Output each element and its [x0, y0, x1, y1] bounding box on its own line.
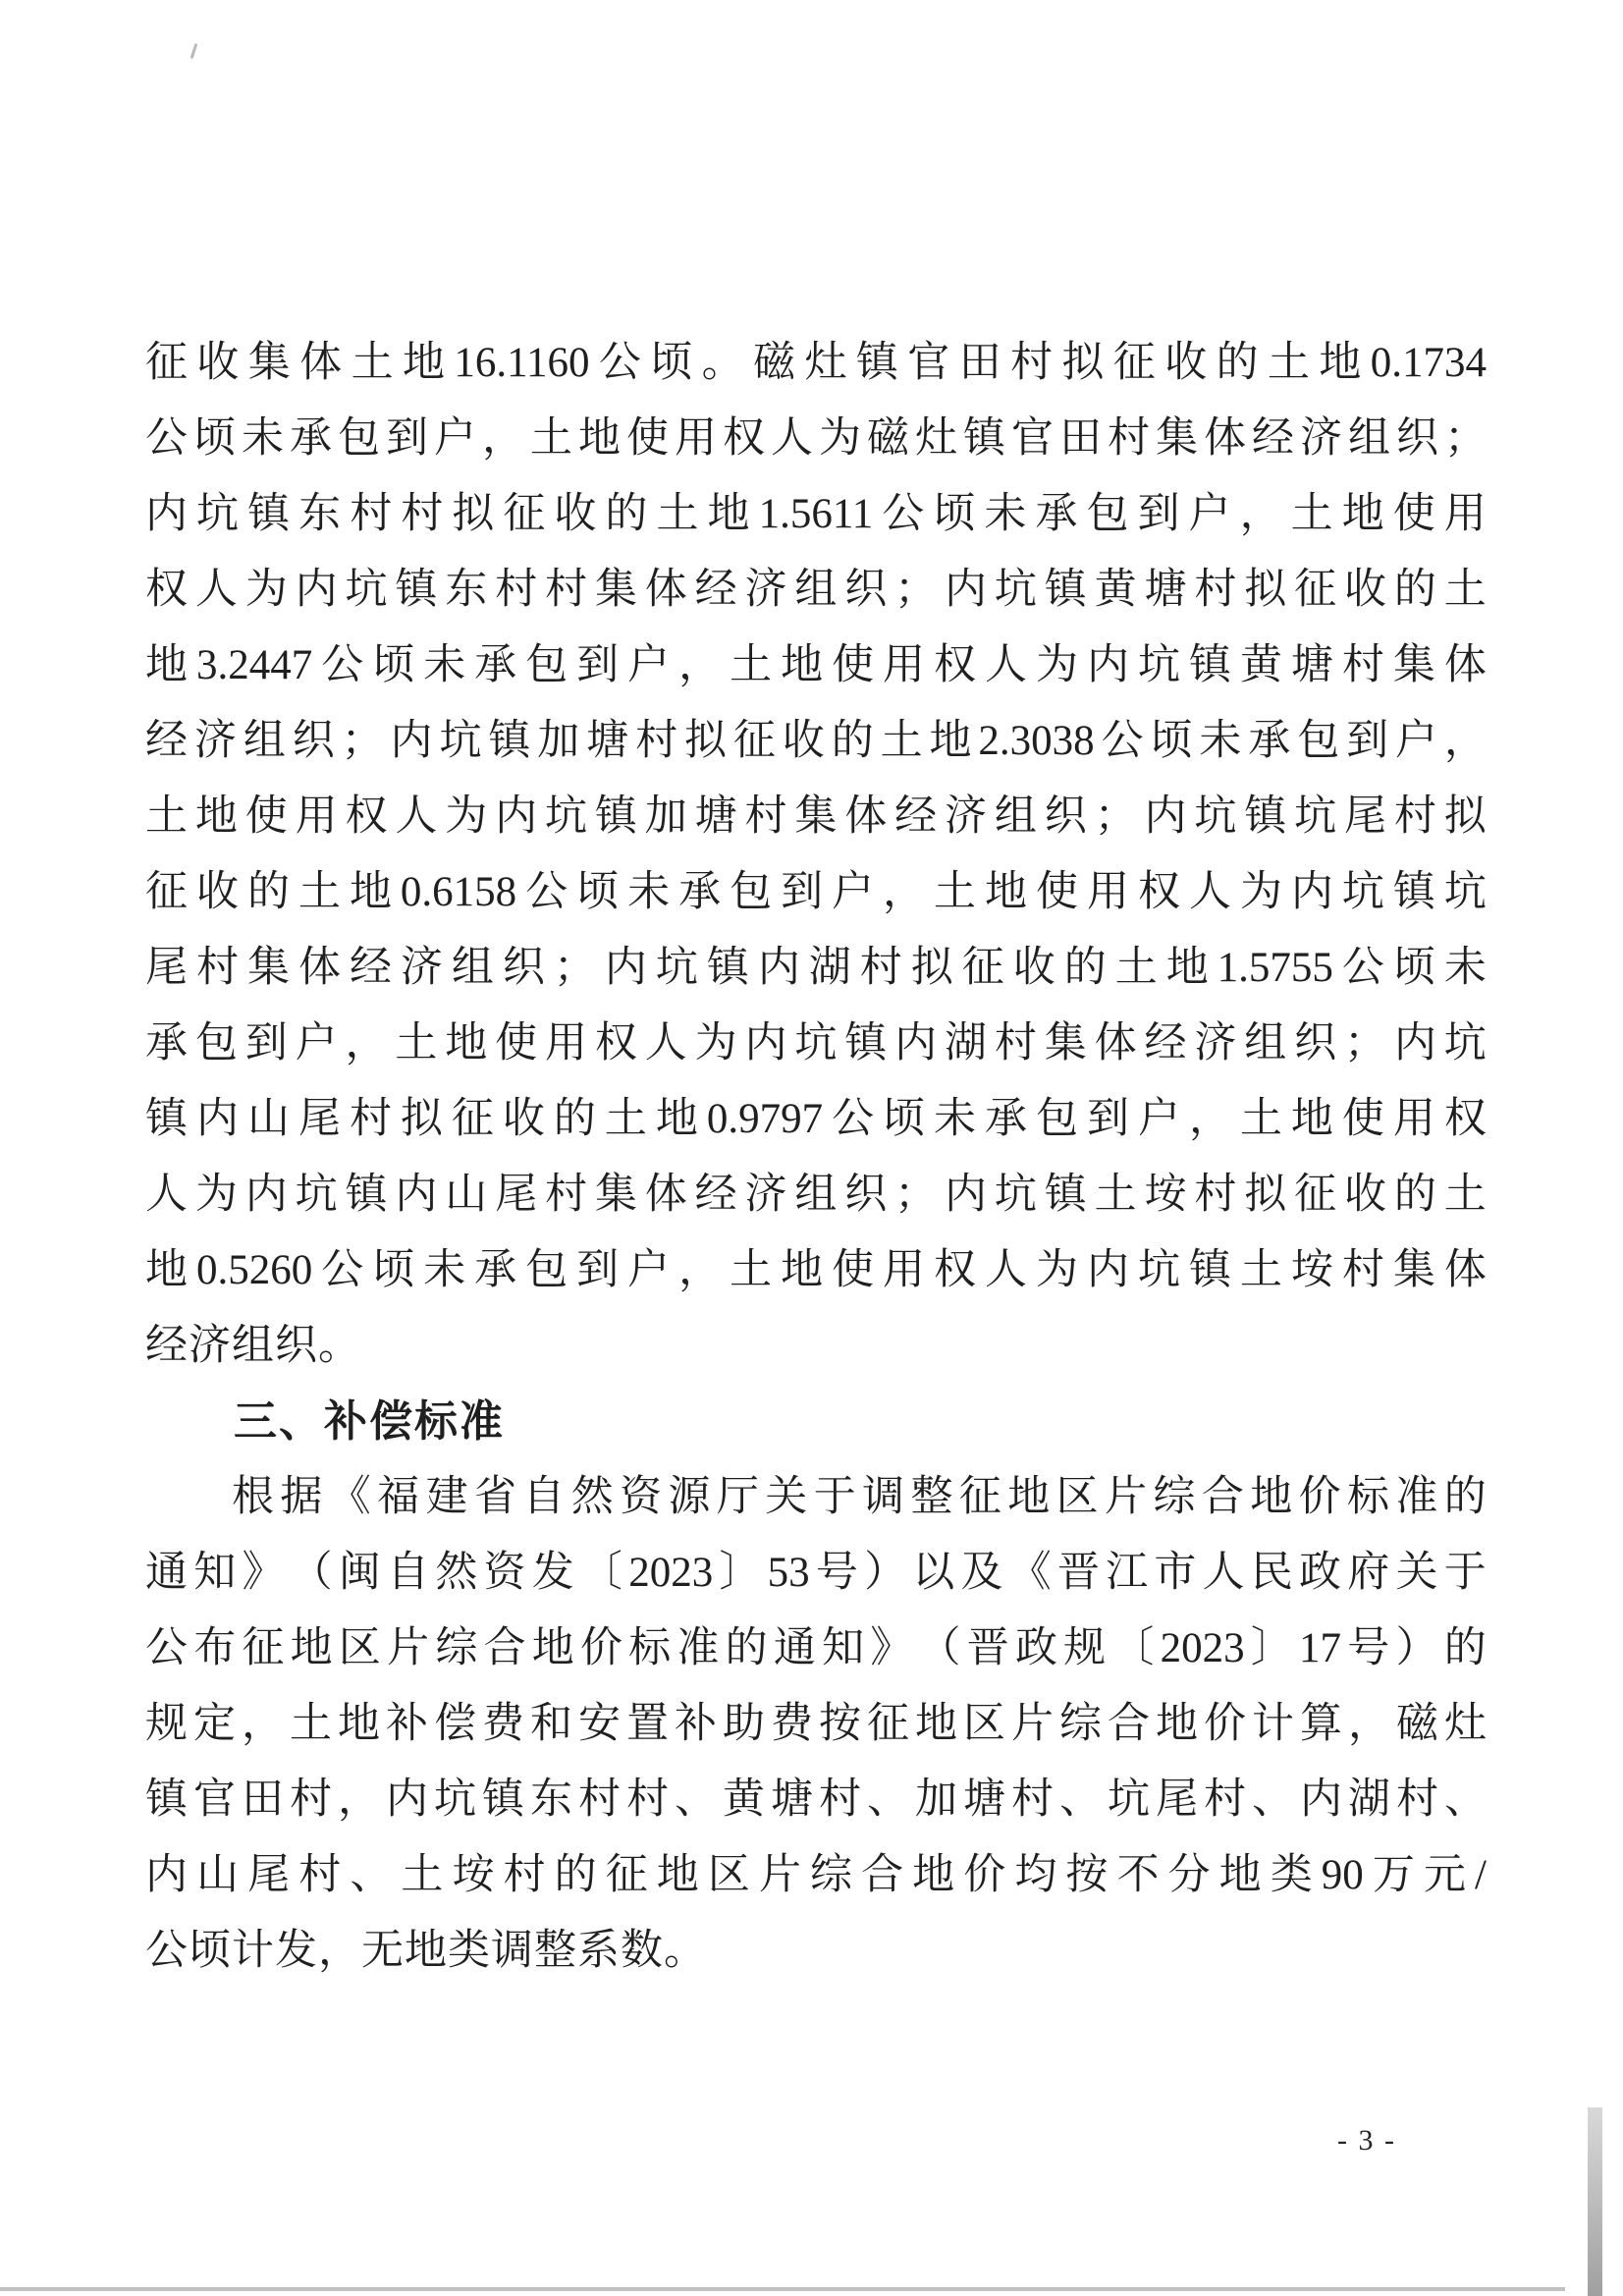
compensation-paragraph: 根据《福建省自然资源厅关于调整征地区片综合地价标准的通知》（闽自然资发〔2023… [145, 1459, 1487, 1989]
text-line: 规定，土地补偿费和安置补助费按征地区片综合地价计算，磁灶 [145, 1686, 1487, 1762]
scan-edge-streak [1588, 2107, 1602, 2296]
page-number: - 3 - [1337, 2124, 1396, 2158]
scan-bottom-edge [0, 2287, 1565, 2291]
document-text: 征收集体土地16.1160公顷。磁灶镇官田村拟征收的土地0.1734公顷未承包到… [145, 325, 1487, 1989]
scan-speck [190, 43, 198, 59]
text-line: 公顷计发，无地类调整系数。 [145, 1913, 1487, 1989]
document-page: 征收集体土地16.1160公顷。磁灶镇官田村拟征收的土地0.1734公顷未承包到… [0, 0, 1623, 2296]
text-line: 人为内坑镇内山尾村集体经济组织；内坑镇土垵村拟征收的土 [145, 1157, 1487, 1232]
text-line: 镇内山尾村拟征收的土地0.9797公顷未承包到户，土地使用权 [145, 1081, 1487, 1157]
body-paragraph: 征收集体土地16.1160公顷。磁灶镇官田村拟征收的土地0.1734公顷未承包到… [145, 325, 1487, 1384]
text-line: 经济组织；内坑镇加塘村拟征收的土地2.3038公顷未承包到户， [145, 703, 1487, 779]
text-line: 根据《福建省自然资源厅关于调整征地区片综合地价标准的 [145, 1459, 1487, 1535]
text-line: 公布征地区片综合地价标准的通知》（晋政规〔2023〕17号）的 [145, 1611, 1487, 1686]
text-line: 征收集体土地16.1160公顷。磁灶镇官田村拟征收的土地0.1734 [145, 325, 1487, 401]
text-line: 尾村集体经济组织；内坑镇内湖村拟征收的土地1.5755公顷未 [145, 930, 1487, 1006]
section-heading: 三、补偿标准 [145, 1384, 1487, 1459]
text-line: 内坑镇东村村拟征收的土地1.5611公顷未承包到户，土地使用 [145, 476, 1487, 552]
text-line: 公顷未承包到户，土地使用权人为磁灶镇官田村集体经济组织； [145, 401, 1487, 476]
text-line: 征收的土地0.6158公顷未承包到户，土地使用权人为内坑镇坑 [145, 854, 1487, 930]
text-line: 镇官田村，内坑镇东村村、黄塘村、加塘村、坑尾村、内湖村、 [145, 1762, 1487, 1837]
text-line: 内山尾村、土垵村的征地区片综合地价均按不分地类90万元/ [145, 1837, 1487, 1913]
text-line: 权人为内坑镇东村村集体经济组织；内坑镇黄塘村拟征收的土 [145, 552, 1487, 628]
text-line: 经济组织。 [145, 1308, 1487, 1384]
text-line: 通知》（闽自然资发〔2023〕53号）以及《晋江市人民政府关于 [145, 1535, 1487, 1611]
text-line: 地3.2447公顷未承包到户，土地使用权人为内坑镇黄塘村集体 [145, 628, 1487, 703]
text-line: 地0.5260公顷未承包到户，土地使用权人为内坑镇土垵村集体 [145, 1232, 1487, 1308]
text-line: 承包到户，土地使用权人为内坑镇内湖村集体经济组织；内坑 [145, 1006, 1487, 1081]
text-line: 土地使用权人为内坑镇加塘村集体经济组织；内坑镇坑尾村拟 [145, 779, 1487, 854]
